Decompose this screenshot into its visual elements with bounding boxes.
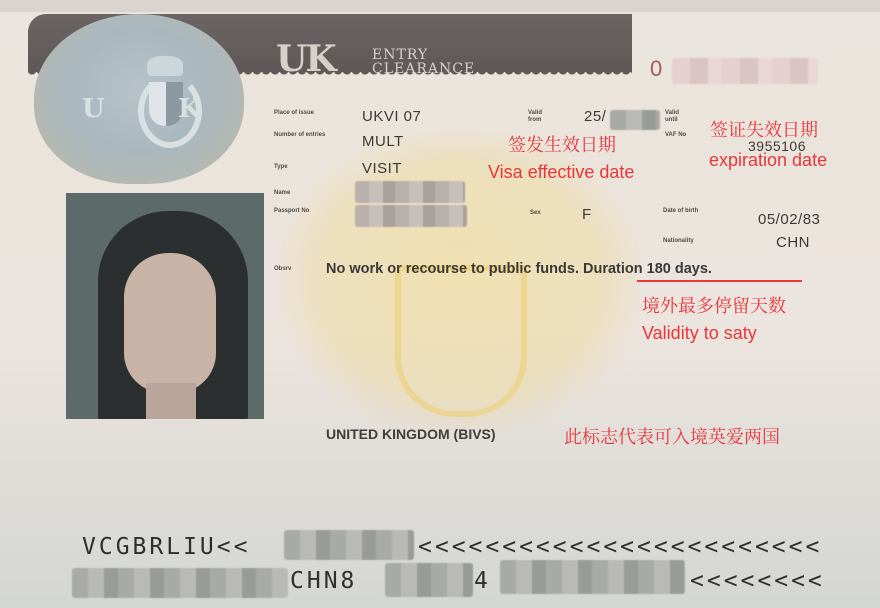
uk-hologram-emblem-icon: U K [34,14,244,184]
emblem-letter-u: U [82,94,105,124]
title-line-2: CLEARANCE [372,62,475,76]
label-date-of-birth: Date of birth [663,208,703,215]
label-valid-until: Valid until [665,110,689,124]
mrz-line-2-digit: 4 [474,568,491,594]
annotation-expiration-en: expiration date [709,150,827,171]
emblem-letter-k: K [178,94,201,124]
annotation-duration-en: Validity to saty [642,323,757,344]
label-vaf-no: VAF No [665,132,689,139]
mrz-line-1-end: <<<<<<<<<<<<<<<<<<<<<<<< [418,534,822,560]
passport-no-redacted [355,205,467,227]
value-number-of-entries: MULT [362,133,404,150]
label-place-of-issue: Place of issue [274,110,314,117]
annotation-effective-cn: 签发生效日期 [508,131,616,157]
label-passport-no: Passport No [274,208,316,215]
value-sex: F [582,206,592,223]
photo-neck [146,383,196,419]
annotation-duration-cn: 境外最多停留天数 [642,292,786,318]
mrz-line-2-end: <<<<<<<< [690,568,825,594]
value-valid-from: 25/ [584,108,606,125]
serial-redacted [672,58,818,84]
title-line-1: ENTRY [372,48,475,62]
annotation-expiration-cn: 签证失效日期 [710,116,818,142]
label-observations: Obsrv [274,266,291,273]
entry-clearance-title: ENTRY CLEARANCE [372,48,475,76]
mrz-line-2-chn: CHN8 [290,568,357,594]
label-type: Type [274,164,288,171]
label-name: Name [274,190,290,197]
label-valid-from: Valid from [528,110,552,124]
name-redacted [355,181,465,203]
value-type: VISIT [362,160,402,177]
endorsement-bivs: UNITED KINGDOM (BIVS) [326,426,496,442]
mrz-line-2-redacted-3 [500,560,685,594]
serial-number: 0 [650,56,662,82]
label-sex: Sex [530,210,541,217]
label-nationality: Nationality [663,238,694,245]
value-observations: No work or recourse to public funds. Dur… [326,261,712,277]
coat-shield-watermark [395,265,527,417]
mrz-line-1-start: VCGBRLIU<< [82,534,250,560]
mrz-line-1-redacted [284,530,414,560]
holder-photo [66,193,264,419]
value-nationality: CHN [776,234,810,251]
annotation-bivs-cn: 此标志代表可入境英爱两国 [564,423,780,449]
valid-from-redacted [610,110,660,130]
serial-prefix: 0 [650,56,662,81]
obs-restriction: No work or recourse to public funds. [326,261,579,277]
mrz-line-2-redacted-2 [385,563,473,597]
crown-icon [147,56,183,76]
value-date-of-birth: 05/02/83 [758,211,820,228]
uk-logo: UK [276,38,335,80]
obs-duration: Duration 180 days. [583,261,712,277]
annotation-effective-en: Visa effective date [488,162,634,183]
photo-face-pixelated [124,253,216,393]
duration-underline-annotation [637,280,802,282]
page-edge [0,0,880,12]
visa-vignette: UK ENTRY CLEARANCE U K 0 Place of issue … [0,0,880,608]
mrz-line-2-redacted-1 [72,568,288,598]
label-number-of-entries: Number of entries [274,132,325,139]
value-place-of-issue: UKVI 07 [362,108,421,125]
